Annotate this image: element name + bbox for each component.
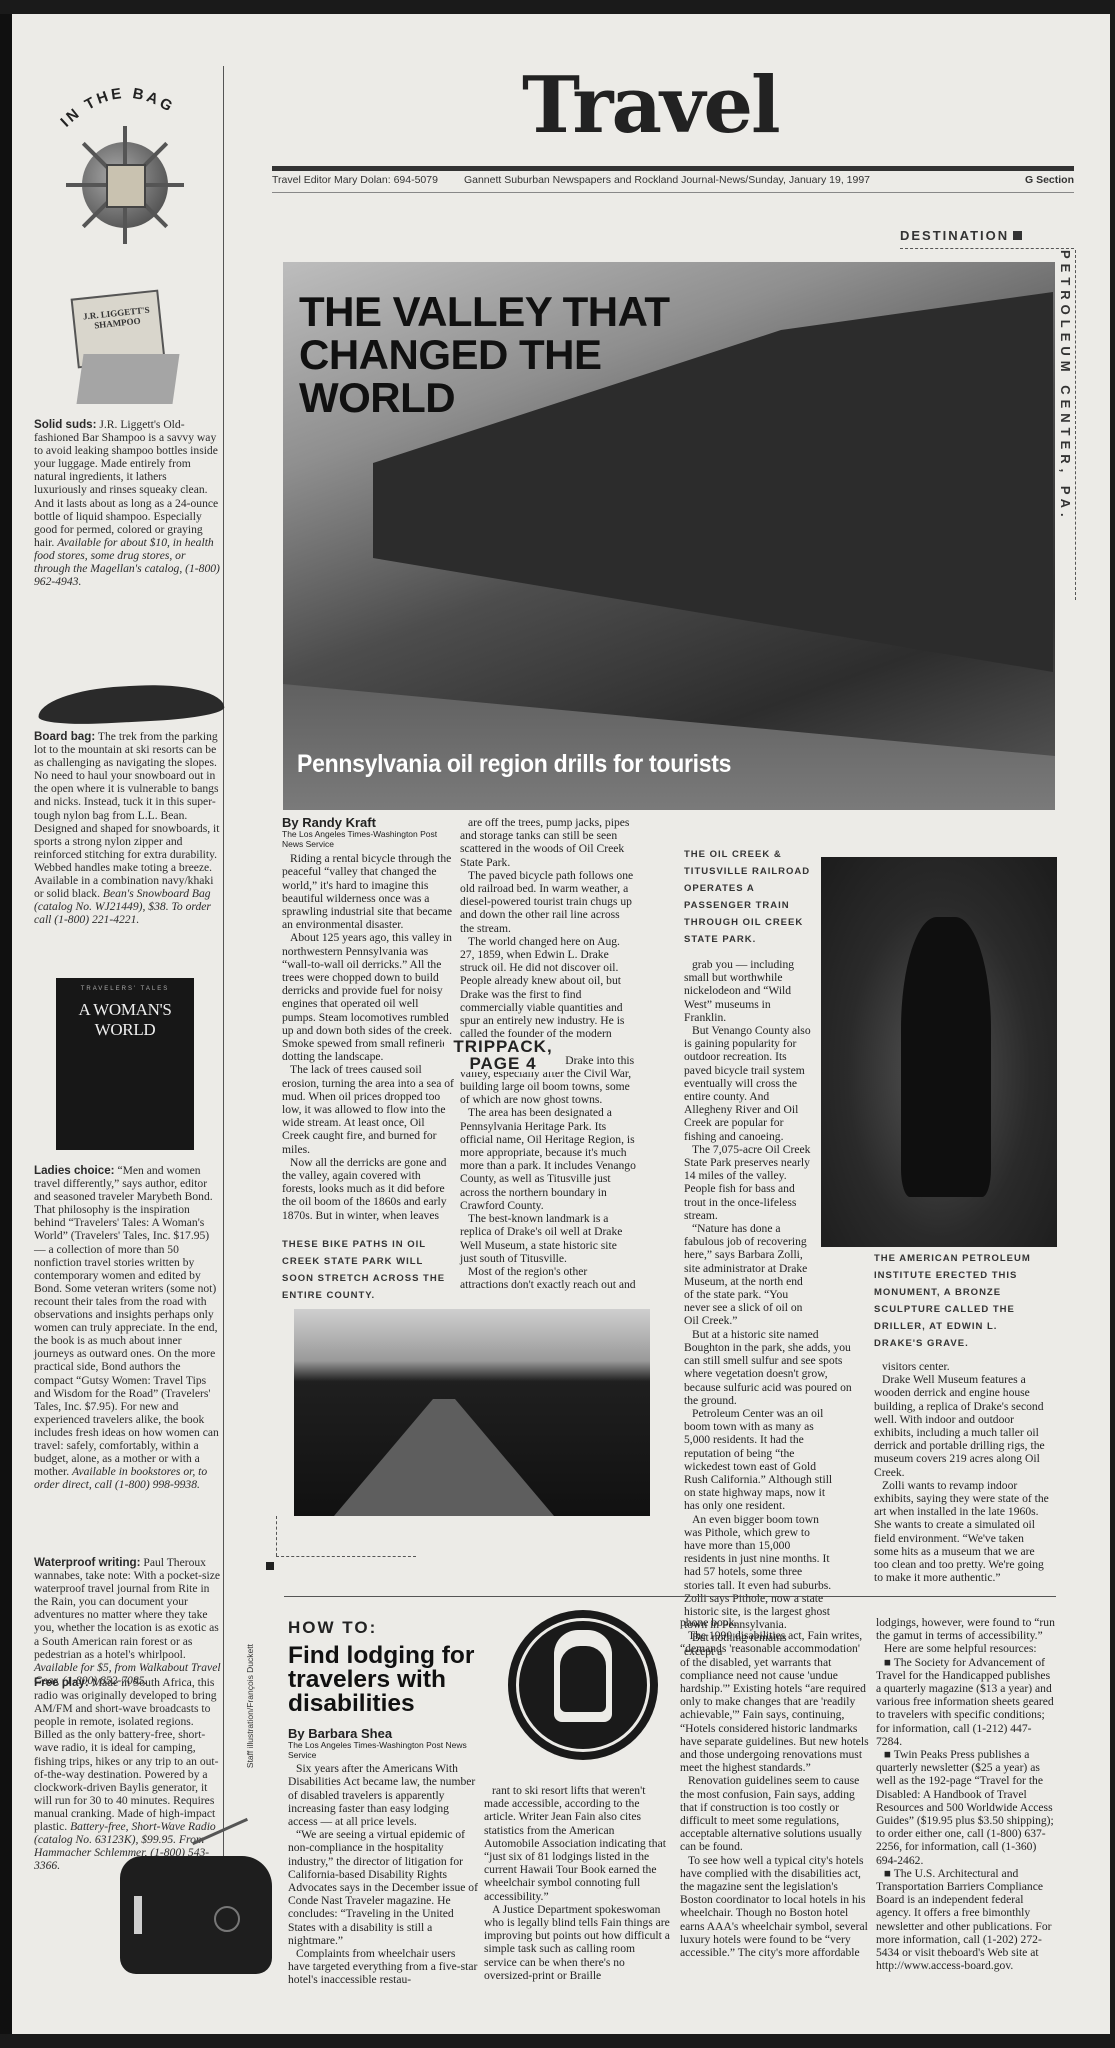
howto-col-2: rant to ski resort lifts that weren't ma… xyxy=(484,1784,670,1982)
article-col-4: THE AMERICAN PETROLEUM INSTITUTE ERECTED… xyxy=(874,1250,1050,1584)
blurb-ladies-choice: Ladies choice: “Men and women travel dif… xyxy=(34,1164,222,1491)
photo-headline: Pennsylvania oil region drills for touri… xyxy=(297,750,731,779)
illustration-credit: Staff illustration/François Duckett xyxy=(245,1644,255,1768)
globe-bag-icon xyxy=(82,142,168,228)
shampoo-bar-image: J.R. LIGGETT'S SHAMPOO xyxy=(68,288,188,406)
howto-kicker: HOW TO: xyxy=(288,1618,377,1638)
editor-contact: Travel Editor Mary Dolan: 694-5079 xyxy=(272,174,438,186)
section-title: Travel xyxy=(522,60,779,151)
resource-access-board: ■ The U.S. Architectural and Transportat… xyxy=(876,1867,1056,1973)
hero-train-photo: THE VALLEY THAT CHANGED THE WORLD Pennsy… xyxy=(283,262,1055,810)
scan-edge xyxy=(0,14,12,2034)
book-cover-image: TRAVELERS' TALES A WOMAN'S WORLD xyxy=(56,978,194,1150)
svg-text:IN THE BAG: IN THE BAG xyxy=(57,85,177,131)
wheelchair-hand-icon xyxy=(508,1610,658,1760)
snowboard-bag-image xyxy=(37,681,225,727)
resource-twin-peaks: ■ Twin Peaks Press publishes a quarterly… xyxy=(876,1748,1056,1867)
publication-date: Gannett Suburban Newspapers and Rockland… xyxy=(464,174,870,186)
blurb-waterproof-writing: Waterproof writing: Paul Theroux wannabe… xyxy=(34,1556,222,1687)
train-caption: THE OIL CREEK & TITUSVILLE RAILROAD OPER… xyxy=(684,846,812,948)
photo-rule-vertical xyxy=(276,1516,277,1556)
masthead-rule xyxy=(272,166,1074,171)
jump-trippack[interactable]: TRIPPACK, PAGE 4 xyxy=(444,1038,562,1072)
bike-path-photo xyxy=(294,1309,650,1516)
in-the-bag-column: IN THE BAG J.R. LIGGETT'S SHAMPOO Solid … xyxy=(12,66,224,1926)
howto-byline: By Barbara Shea xyxy=(288,1727,478,1740)
square-bullet-icon xyxy=(266,1562,274,1570)
bike-caption: THESE BIKE PATHS IN OIL CREEK STATE PARK… xyxy=(282,1236,454,1304)
section-divider xyxy=(284,1596,1056,1597)
howto-wire-credit: The Los Angeles Times-Washington Post Ne… xyxy=(288,1740,478,1760)
radio-image xyxy=(120,1856,272,1974)
masthead-rule-thin xyxy=(272,192,1074,193)
destination-label: DESTINATION xyxy=(900,228,1022,243)
byline: By Randy Kraft xyxy=(282,816,454,829)
howto-col-1: By Barbara Shea The Los Angeles Times-Wa… xyxy=(288,1727,478,1987)
blurb-board-bag: Board bag: The trek from the parking lot… xyxy=(34,730,222,926)
square-bullet-icon xyxy=(1013,231,1022,240)
section-label: G Section xyxy=(1025,174,1074,186)
resource-satth: ■ The Society for Advancement of Travel … xyxy=(876,1656,1056,1748)
blurb-solid-suds: Solid suds: J.R. Liggett's Old-fashioned… xyxy=(34,418,222,588)
main-headline: THE VALLEY THAT CHANGED THE WORLD xyxy=(299,290,759,419)
article-col-1: By Randy Kraft The Los Angeles Times-Was… xyxy=(282,816,454,1304)
photo-rule-horizontal xyxy=(276,1556,416,1557)
masthead-info: Travel Editor Mary Dolan: 694-5079 Ganne… xyxy=(272,174,1074,186)
driller-statue-photo xyxy=(821,857,1057,1247)
destination-place: PETROLEUM CENTER, PA. xyxy=(1062,250,1076,600)
article-col-3: THE OIL CREEK & TITUSVILLE RAILROAD OPER… xyxy=(684,846,812,1658)
wire-credit: The Los Angeles Times-Washington Post Ne… xyxy=(282,829,454,849)
statue-caption: THE AMERICAN PETROLEUM INSTITUTE ERECTED… xyxy=(874,1250,1050,1352)
in-the-bag-header: IN THE BAG xyxy=(52,74,202,134)
howto-col-3: phone book. The 1990 disabilities act, F… xyxy=(680,1616,870,1959)
newspaper-page: IN THE BAG J.R. LIGGETT'S SHAMPOO Solid … xyxy=(12,14,1110,2034)
destination-rule xyxy=(900,248,1074,249)
howto-headline: Find lodging for travelers with disabili… xyxy=(288,1644,488,1716)
howto-col-4: lodgings, however, were found to “run th… xyxy=(876,1616,1056,1972)
